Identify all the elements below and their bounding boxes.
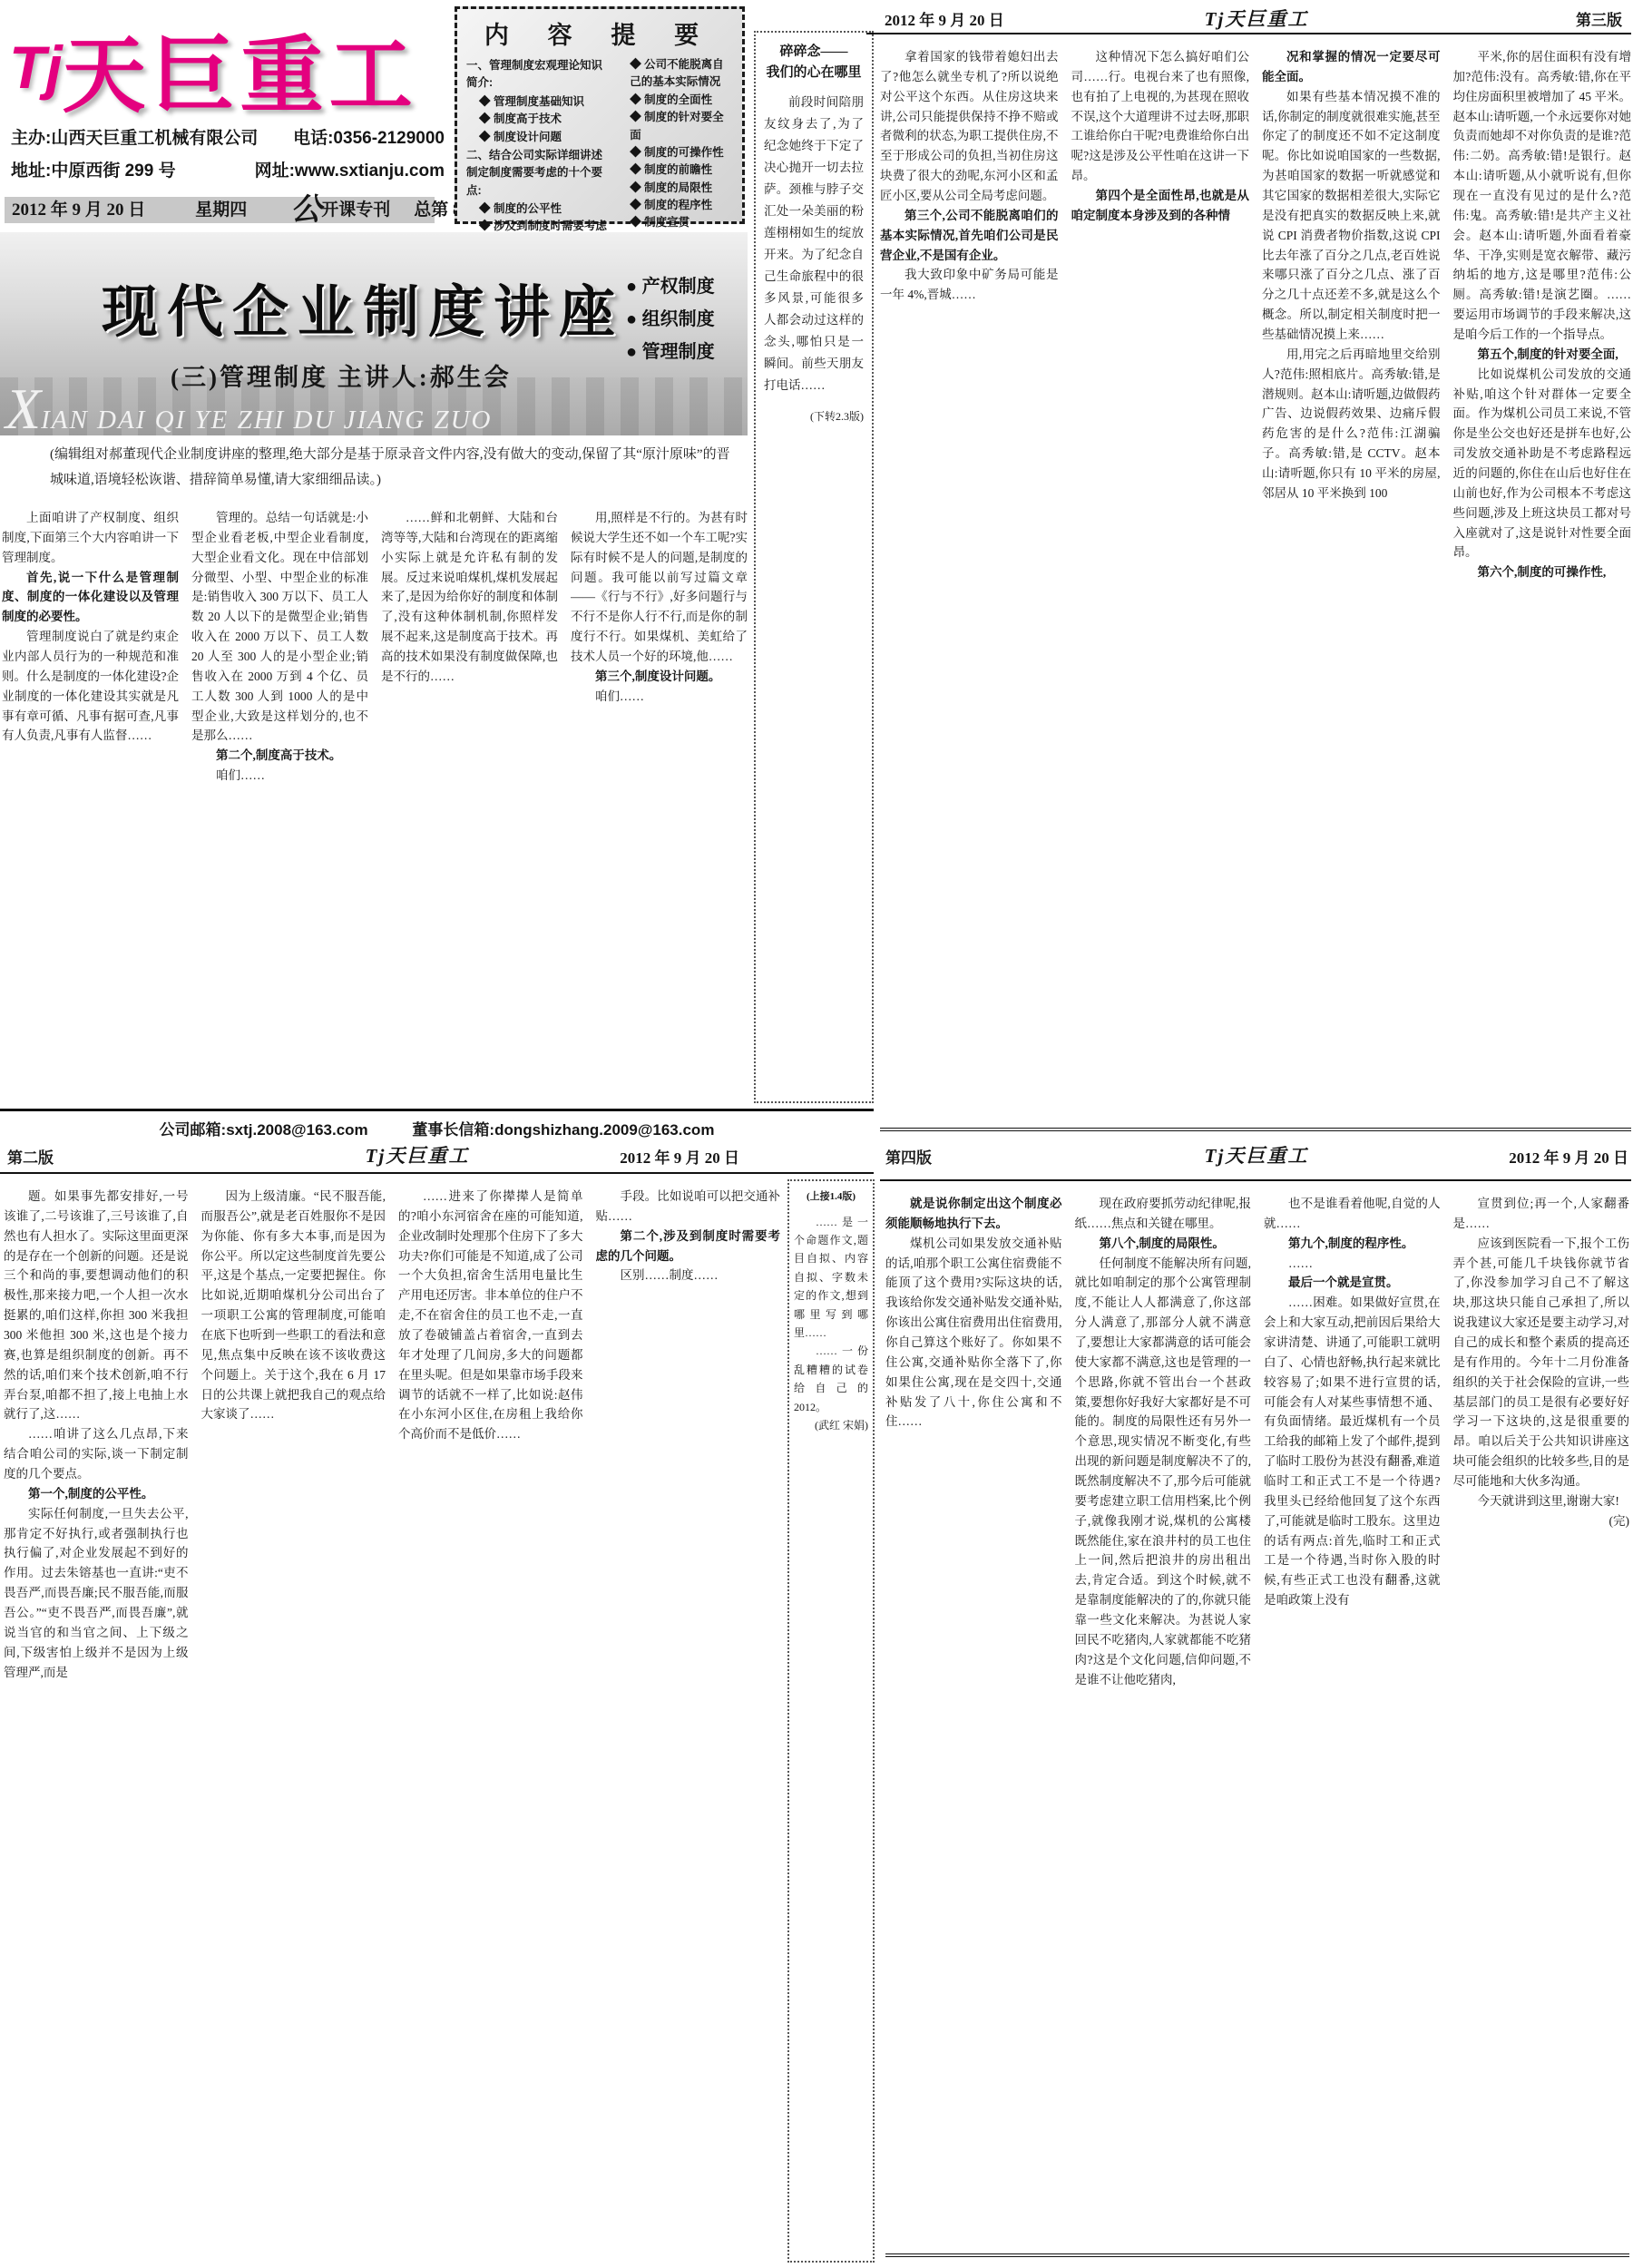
paragraph: (完) [1453, 1511, 1630, 1531]
page1-footer: 公司邮箱:sxtj.2008@163.com 董事长信箱:dongshizhan… [0, 1117, 874, 1139]
list-item: ◆ 制度的程序性 [617, 197, 733, 214]
paragraph: 第九个,制度的程序性。 [1264, 1234, 1441, 1254]
paragraph: 现在政府要抓劳动纪律呢,报纸……焦点和关键在哪里。 [1075, 1194, 1252, 1234]
list-item: ◆ 制度的针对要全面 [617, 109, 733, 144]
text-column: 现在政府要抓劳动纪律呢,报纸……焦点和关键在哪里。第八个,制度的局限性。任何制度… [1075, 1194, 1252, 2248]
text-column: 题。如果事先都安排好,一号该谁了,二号该谁了,三号该谁了,自然也有人担水了。实际… [4, 1187, 189, 2263]
page4-header-rule [880, 1179, 1631, 1181]
paragraph: 第二个,涉及到制度时需要考虑的几个问题。 [596, 1227, 781, 1266]
paragraph: 咱们…… [571, 687, 748, 707]
paragraph: 用,照样是不行的。为甚有时候说大学生还不如一个车工呢?实际有时候不是人的问题,是… [571, 508, 748, 667]
banner-pinyin-watermark: XIAN DAI QI YE ZHI DU JIANG ZUO [5, 376, 492, 435]
paragraph: 管理制度说白了就是约束企业内部人员行为的一种规范和准则。什么是制度的一体化建设?… [2, 627, 179, 746]
paragraph: 第八个,制度的局限性。 [1075, 1234, 1252, 1254]
paragraph: 任何制度不能解决所有问题,就比如咱制定的那个公寓管理制度,不能让人人都满意了,你… [1075, 1254, 1252, 1690]
page4-label: 第四版 [885, 1145, 932, 1168]
newspaper-scan: Tj天巨重工 主办:山西天巨重工机械有限公司 电话:0356-2129000 地… [0, 0, 1633, 2268]
page3-columns: 拿着国家的钱带着媳妇出去了?他怎么就坐专机了?所以说绝对公平这个东西。从住房这块… [880, 47, 1631, 1123]
essay-continuation-note: (下转2.3版) [764, 407, 864, 426]
paragraph: 第一个,制度的公平性。 [4, 1484, 189, 1504]
phone-label: 电话:0356-2129000 [293, 129, 445, 150]
list-item: ◆ 制度的局限性 [617, 180, 733, 197]
text-column: 拿着国家的钱带着媳妇出去了?他怎么就坐专机了?所以说绝对公平这个东西。从住房这块… [880, 47, 1059, 1123]
text-column: 况和掌握的情况一定要尽可能全面。如果有些基本情况摸不准的话,你制定的制度就很难实… [1262, 47, 1441, 1123]
paragraph: 第六个,制度的可操作性, [1453, 562, 1632, 582]
essay-text: 前段时间陪朋友纹身去了,为了纪念她终于下定了决心抛开一切去拉萨。颈椎与脖子交汇处… [764, 92, 864, 396]
paragraph: 第二个,制度高于技术。 [191, 746, 368, 766]
page4-columns: 就是说你制定出这个制度必须能顺畅地执行下去。煤机公司如果发放交通补贴的话,咱那个… [885, 1194, 1629, 2248]
paragraph: 用,用完之后再暗地里交给别人?范伟:照相底片。高秀敏:错,是潜规则。赵本山:请听… [1262, 345, 1441, 503]
summary-right-items: ◆ 公司不能脱离自己的基本实际情况◆ 制度的全面性◆ 制度的针对要全面◆ 制度的… [617, 56, 733, 232]
paragraph: (武红 宋娟) [794, 1416, 868, 1434]
paragraph: 上面咱讲了产权制度、组织制度,下面第三个大内容咱讲一下管理制度。 [2, 508, 179, 568]
paragraph: 第三个,制度设计问题。 [571, 667, 748, 687]
summary-left-column: 一、管理制度宏观理论知识简介: ◆ 管理制度基础知识◆ 制度高于技术◆ 制度设计… [466, 56, 608, 253]
page2-date: 2012 年 9 月 20 日 [594, 1145, 739, 1168]
list-item: ● 产权制度 [613, 270, 715, 303]
page2-label: 第二版 [7, 1145, 54, 1168]
paragraph: 比如说煤机公司发放的交通补贴,咱这个针对群体一定要全面。作为煤机公司员工来说,不… [1453, 365, 1632, 563]
list-item: ◆ 制度设计问题 [466, 129, 608, 146]
paragraph: 第四个是全面性昂,也就是从咱定制度本身涉及到的各种情 [1071, 186, 1250, 226]
text-column: 就是说你制定出这个制度必须能顺畅地执行下去。煤机公司如果发放交通补贴的话,咱那个… [885, 1194, 1062, 2248]
logo-tj-mark: Tj [9, 34, 63, 101]
essay-sidebar: 碎碎念——我们的心在哪里 前段时间陪朋友纹身去了,为了纪念她终于下定了决心抛开一… [754, 31, 874, 1103]
page4-bottom-rule [885, 2253, 1629, 2257]
logo-name: 天巨重工 [63, 30, 418, 122]
paragraph: 手段。比如说咱可以把交通补贴…… [596, 1187, 781, 1227]
banner-title: 现代企业制度讲座 [102, 267, 624, 347]
list-item: ◆ 制度的可操作性 [617, 144, 733, 161]
paragraph: 最后一个就是宣贯。 [1264, 1273, 1441, 1293]
paragraph: 应该到医院看一下,报个工伤弄个甚,可能几千块钱你就节省了,你没参加学习自己不了解… [1453, 1234, 1630, 1491]
masthead-logo: Tj天巨重工 [9, 9, 445, 122]
website-label: 网址:www.sxtianju.com [255, 161, 445, 182]
page3-header-rule [866, 33, 1631, 34]
lecture-banner: 现代企业制度讲座 ● 产权制度● 组织制度● 管理制度 (三)管理制度 主讲人:… [0, 232, 748, 435]
list-item: ◆ 制度宣贯 [617, 214, 733, 231]
text-column: 因为上级清廉。“民不服吾能,而服吾公”,就是老百姓服你不是因为你能、你有多大本事… [201, 1187, 386, 2263]
page1-bottom-rule [0, 1109, 874, 1111]
list-item: ● 管理制度 [613, 336, 715, 368]
paragraph: 况和掌握的情况一定要尽可能全面。 [1262, 47, 1441, 87]
page3-label: 第三版 [1576, 7, 1622, 30]
paragraph: 煤机公司如果发放交通补贴的话,咱那个职工公寓住宿费能不能顶了这个费用?实际这块的… [885, 1234, 1062, 1432]
list-item: ◆ 公司不能脱离自己的基本实际情况 [617, 56, 733, 92]
page4-logo: Tj天巨重工 [1139, 1141, 1374, 1168]
paragraph: 因为上级清廉。“民不服吾能,而服吾公”,就是老百姓服你不是因为你能、你有多大本事… [201, 1187, 386, 1424]
text-column: 上面咱讲了产权制度、组织制度,下面第三个大内容咱讲一下管理制度。首先,说一下什么… [2, 508, 179, 1102]
edition-note: 开课专刊 [321, 201, 390, 219]
paragraph: 也不是谁看着他呢,自觉的人就…… [1264, 1194, 1441, 1234]
issue-date: 2012 年 9 月 20 日 [12, 201, 145, 219]
text-column: 平米,你的居住面积有没有增加?范伟:没有。高秀敏:错,你在平均住房面积里被增加了… [1453, 47, 1632, 1123]
paragraph: 题。如果事先都安排好,一号该谁了,二号该谁了,三号该谁了,自然也有人担水了。实际… [4, 1187, 189, 1424]
page3-bottom-rule [880, 1128, 1631, 1131]
paragraph: 实际任何制度,一旦失去公平,那肯定不好执行,或者强制执行也执行偏了,对企业发展起… [4, 1504, 189, 1683]
address-label: 地址:中原西街 299 号 [11, 161, 176, 182]
paragraph: 前段时间陪朋友纹身去了,为了纪念她终于下定了决心抛开一切去拉萨。颈椎与脖子交汇处… [764, 92, 864, 396]
text-column: ……鲜和北朝鲜、大陆和台湾等等,大陆和台湾现在的距离缩小实际上就是允许私有制的发… [381, 508, 558, 1102]
text-column: 也不是谁看着他呢,自觉的人就……第九个,制度的程序性。……最后一个就是宣贯。……… [1264, 1194, 1441, 2248]
list-item: ◆ 制度的全面性 [617, 92, 733, 109]
page2-logo: Tj天巨重工 [299, 1141, 535, 1168]
summary-right-column: ◆ 公司不能脱离自己的基本实际情况◆ 制度的全面性◆ 制度的针对要全面◆ 制度的… [617, 56, 733, 253]
page4-date: 2012 年 9 月 20 日 [1488, 1145, 1628, 1168]
paragraph: 如果有些基本情况摸不准的话,你制定的制度就很难实施,甚至你定了的制度还不如不定这… [1262, 87, 1441, 345]
company-mailbox: 公司邮箱:sxtj.2008@163.com [160, 1121, 368, 1139]
paragraph: 首先,说一下什么是管理制度、制度的一体化建设以及管理制度的必要性。 [2, 568, 179, 628]
paragraph: 平米,你的居住面积有没有增加?范伟:没有。高秀敏:错,你在平均住房面积里被增加了… [1453, 47, 1632, 345]
essay-title: 碎碎念——我们的心在哪里 [764, 42, 864, 83]
paragraph: 拿着国家的钱带着媳妇出去了?他怎么就坐专机了?所以说绝对公平这个东西。从住房这块… [880, 47, 1059, 206]
list-item: ◆ 制度的公平性 [466, 200, 608, 218]
masthead-info-row1: 主办:山西天巨重工机械有限公司 电话:0356-2129000 [11, 129, 445, 150]
chairman-mailbox: 董事长信箱:dongshizhang.2009@163.com [412, 1121, 714, 1139]
text-column: 手段。比如说咱可以把交通补贴……第二个,涉及到制度时需要考虑的几个问题。区别……… [596, 1187, 781, 2263]
strip-continuation-note: (上接1.4版) [794, 1188, 868, 1206]
essay-continuation-strip: (上接1.4版) ……是一个命题作文,题目自拟、内容自拟、字数未定的作文,想到哪… [787, 1179, 875, 2263]
paragraph: 第三个,公司不能脱离咱们的基本实际情况,首先咱们公司是民营企业,不是国有企业。 [880, 206, 1059, 266]
banner-bullets: ● 产权制度● 组织制度● 管理制度 [613, 270, 715, 368]
page2-columns: 题。如果事先都安排好,一号该谁了,二号该谁了,三号该谁了,自然也有人担水了。实际… [4, 1187, 780, 2263]
text-column: 用,照样是不行的。为甚有时候说大学生还不如一个车工呢?实际有时候不是人的问题,是… [571, 508, 748, 1102]
text-column: ……进来了你撵撵人是简单的?咱小东河宿舍在座的可能知道,企业改制时处理那个住房下… [398, 1187, 583, 2263]
summary-section1-head: 一、管理制度宏观理论知识简介: [466, 57, 608, 93]
list-item: ◆ 制度的前瞻性 [617, 161, 733, 179]
weekday: 星期四 [195, 201, 247, 219]
page3-logo: Tj天巨重工 [1139, 5, 1374, 32]
date-bar: 2012 年 9 月 20 日 星期四 公 开课专刊 总第 85 期 [5, 197, 435, 223]
summary-title: 内 容 提 要 [466, 15, 733, 51]
paragraph: 第五个,制度的针对要全面, [1453, 345, 1632, 365]
list-item: ● 组织制度 [613, 303, 715, 336]
page1-columns: 上面咱讲了产权制度、组织制度,下面第三个大内容咱讲一下管理制度。首先,说一下什么… [2, 508, 748, 1102]
paragraph: …… [1264, 1254, 1441, 1274]
list-item: ◆ 管理制度基础知识 [466, 93, 608, 111]
content-summary-box: 内 容 提 要 一、管理制度宏观理论知识简介: ◆ 管理制度基础知识◆ 制度高于… [455, 6, 745, 224]
paragraph: 宣贯到位;再一个,人家翻番是…… [1453, 1194, 1630, 1234]
paragraph: ……咱讲了这么几点昂,下来结合咱公司的实际,谈一下制定制度的几个要点。 [4, 1424, 189, 1484]
text-column: 宣贯到位;再一个,人家翻番是……应该到医院看一下,报个工伤弄个甚,可能几千块钱你… [1453, 1194, 1630, 2248]
masthead-info-row2: 地址:中原西街 299 号 网址:www.sxtianju.com [11, 161, 445, 182]
paragraph: 管理的。总结一句话就是:小型企业看老板,中型企业看制度,大型企业看文化。现在中信… [191, 508, 368, 746]
paragraph: ……困难。如果做好宣贯,在会上和大家互动,把前因后果给大家讲清楚、讲通了,可能职… [1264, 1293, 1441, 1610]
paragraph: ……鲜和北朝鲜、大陆和台湾等等,大陆和台湾现在的距离缩小实际上就是允许私有制的发… [381, 508, 558, 687]
paragraph: 咱们…… [191, 766, 368, 786]
paragraph: 这种情况下怎么搞好咱们公司……行。电视台来了也有照像,也有拍了上电视的,为甚现在… [1071, 47, 1250, 186]
paragraph: 今天就讲到这里,谢谢大家! [1453, 1491, 1630, 1511]
paragraph: 就是说你制定出这个制度必须能顺畅地执行下去。 [885, 1194, 1062, 1234]
paragraph: 我大致印象中矿务局可能是一年 4%,晋城…… [880, 265, 1059, 305]
summary-section1-items: ◆ 管理制度基础知识◆ 制度高于技术◆ 制度设计问题 [466, 93, 608, 146]
paragraph: ……是一个命题作文,题目自拟、内容自拟、字数未定的作文,想到哪里写到哪里…… [794, 1213, 868, 1343]
edition-note-initial: 公 [290, 195, 321, 226]
text-column: 这种情况下怎么搞好咱们公司……行。电视台来了也有照像,也有拍了上电视的,为甚现在… [1071, 47, 1250, 1123]
paragraph: ……进来了你撵撵人是简单的?咱小东河宿舍在座的可能知道,企业改制时处理那个住房下… [398, 1187, 583, 1444]
summary-section2-head: 二、结合公司实际详细讲述制定制度需要考虑的十个要点: [466, 147, 608, 200]
editor-note: (编辑组对郝董现代企业制度讲座的整理,绝大部分是基于原录音文件内容,没有做大的变… [50, 443, 741, 494]
page2-header-rule [0, 1172, 874, 1174]
page3-date: 2012 年 9 月 20 日 [885, 7, 1004, 30]
paragraph: ……一份乱糟糟的试卷给自己的 2012。 [794, 1342, 868, 1416]
text-column: 管理的。总结一句话就是:小型企业看老板,中型企业看制度,大型企业看文化。现在中信… [191, 508, 368, 1102]
strip-text: ……是一个命题作文,题目自拟、内容自拟、字数未定的作文,想到哪里写到哪里…………… [794, 1213, 868, 1435]
list-item: ◆ 制度高于技术 [466, 111, 608, 128]
organizer-label: 主办:山西天巨重工机械有限公司 [11, 129, 258, 150]
paragraph: 区别……制度…… [596, 1266, 781, 1286]
